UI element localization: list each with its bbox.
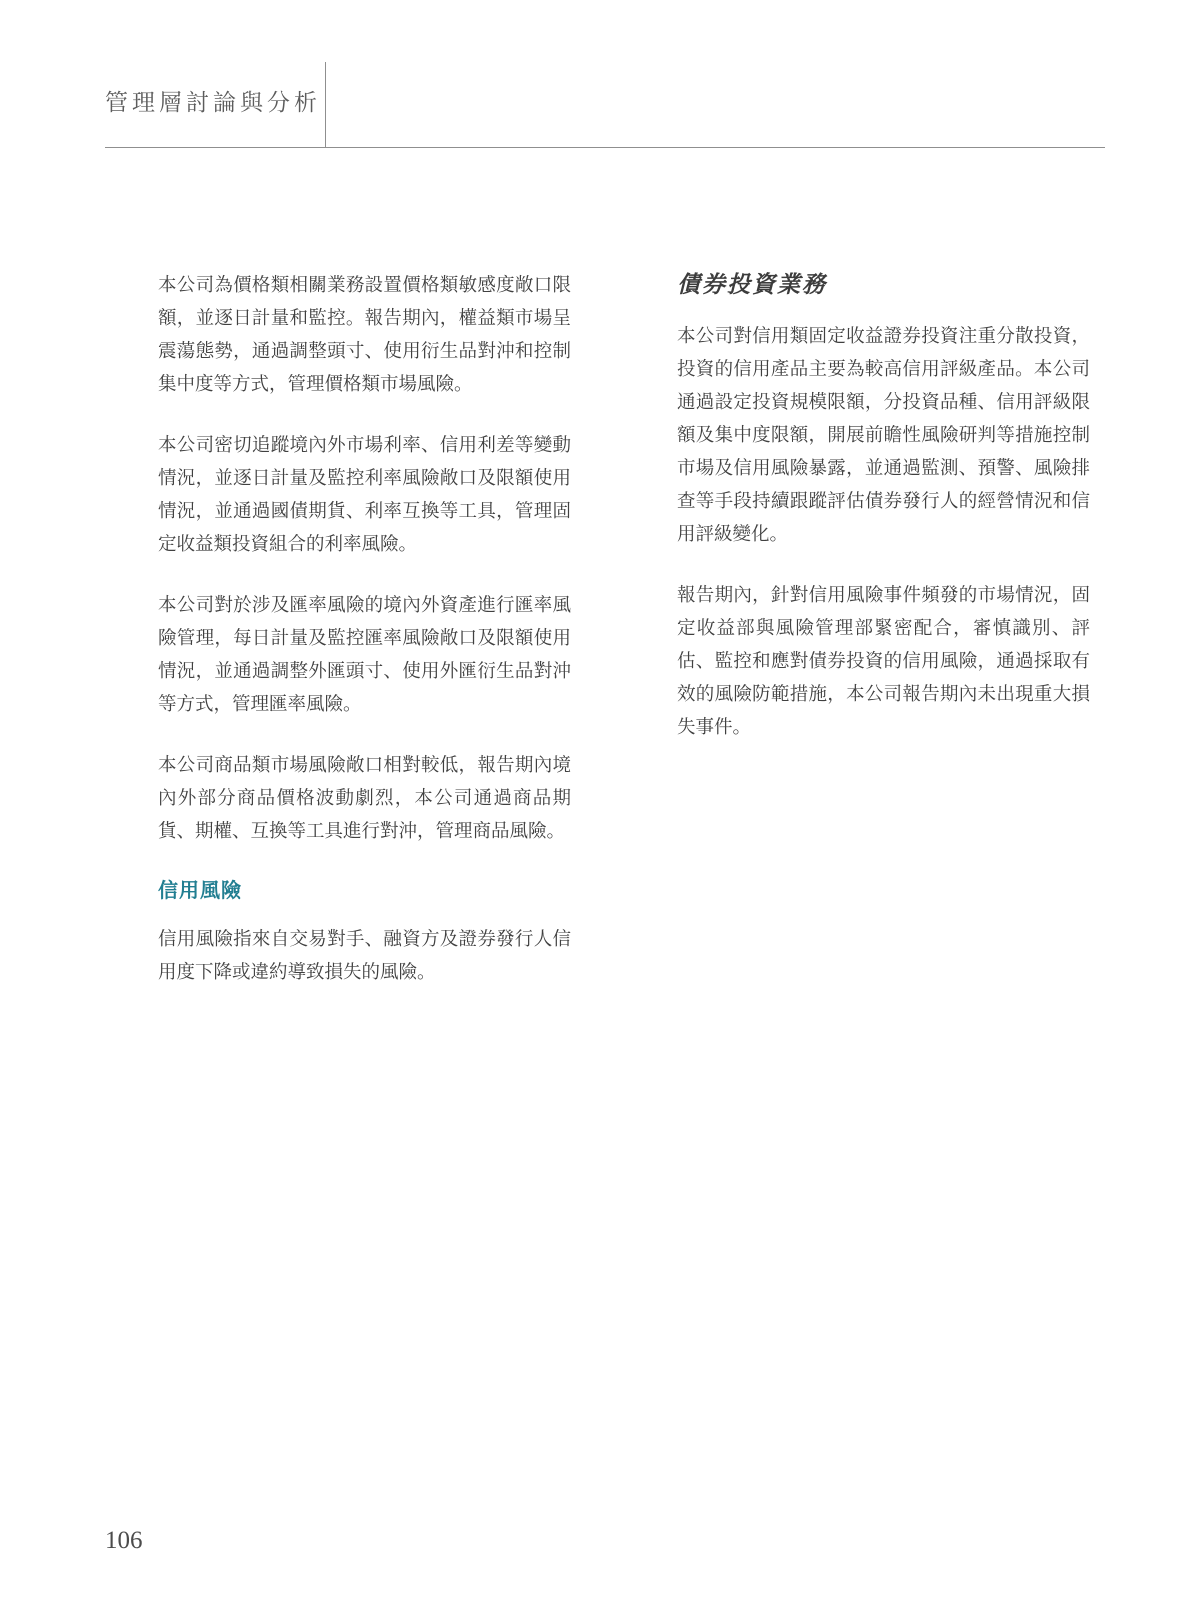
header-vertical-divider <box>325 62 326 147</box>
paragraph-exchange-rate-risk: 本公司對於涉及匯率風險的境內外資產進行匯率風險管理，每日計量及監控匯率風險敞口及… <box>158 588 571 720</box>
paragraph-interest-rate-risk: 本公司密切追蹤境內外市場利率、信用利差等變動情況，並逐日計量及監控利率風險敞口及… <box>158 428 571 560</box>
credit-risk-heading: 信用風險 <box>158 875 571 908</box>
header-horizontal-rule <box>105 147 1105 148</box>
report-page: 管理層討論與分析 本公司為價格類相關業務設置價格類敏感度敞口限額，並逐日計量和監… <box>0 0 1190 1615</box>
paragraph-bond-credit-risk-management: 報告期內，針對信用風險事件頻發的市場情況，固定收益部與風險管理部緊密配合，審慎識… <box>677 578 1090 743</box>
left-column: 本公司為價格類相關業務設置價格類敏感度敞口限額，並逐日計量和監控。報告期內，權益… <box>158 268 571 1016</box>
paragraph-bond-investment-policy: 本公司對信用類固定收益證券投資注重分散投資，投資的信用產品主要為較高信用評級產品… <box>677 319 1090 550</box>
paragraph-price-risk: 本公司為價格類相關業務設置價格類敏感度敞口限額，並逐日計量和監控。報告期內，權益… <box>158 268 571 400</box>
page-title: 管理層討論與分析 <box>105 84 321 117</box>
right-column: 債券投資業務 本公司對信用類固定收益證券投資注重分散投資，投資的信用產品主要為較… <box>677 268 1090 771</box>
paragraph-credit-risk-definition: 信用風險指來自交易對手、融資方及證券發行人信用度下降或違約導致損失的風險。 <box>158 922 571 988</box>
paragraph-commodity-risk: 本公司商品類市場風險敞口相對較低，報告期內境內外部分商品價格波動劇烈，本公司通過… <box>158 748 571 847</box>
page-number: 106 <box>105 1527 143 1555</box>
bond-investment-heading: 債券投資業務 <box>677 268 1090 301</box>
